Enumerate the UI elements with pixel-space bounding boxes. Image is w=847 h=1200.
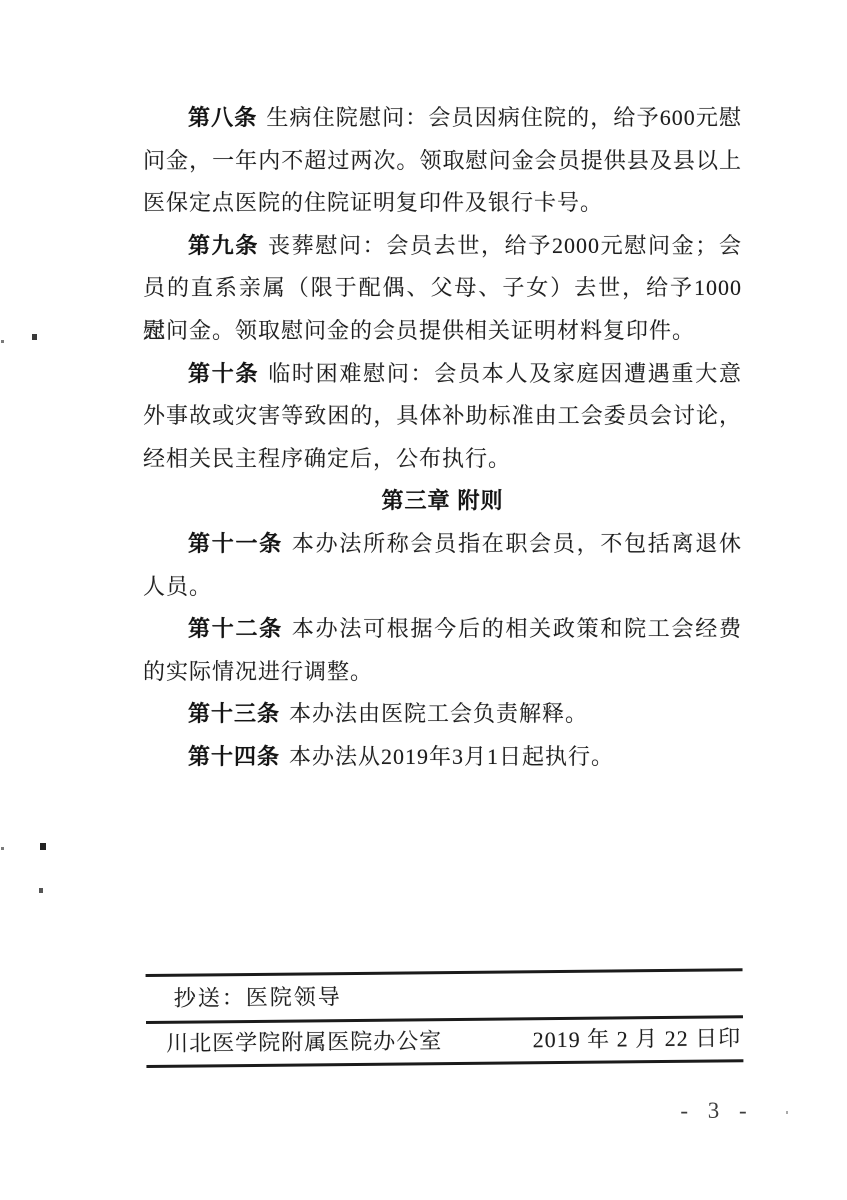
body-line: 外事故或灾害等致困的，具体补助标准由工会委员会讨论， bbox=[143, 395, 742, 438]
body-line: 第十三条本办法由医院工会负责解释。 bbox=[143, 693, 742, 736]
body-line: 第十一条本办法所称会员指在职会员，不包括离退休 bbox=[143, 523, 742, 566]
body-line-text: 临时困难慰问：会员本人及家庭因遭遇重大意 bbox=[268, 361, 742, 386]
body-line-text: 本办法从2019年3月1日起执行。 bbox=[289, 744, 614, 769]
body-line: 第十条临时困难慰问：会员本人及家庭因遭遇重大意 bbox=[143, 353, 742, 396]
body-line: 第八条生病住院慰问：会员因病住院的，给予600元慰 bbox=[143, 97, 742, 140]
body-line-text: 丧葬慰问：会员去世，给予2000元慰问金；会 bbox=[268, 233, 742, 258]
body-line: 医保定点医院的住院证明复印件及银行卡号。 bbox=[143, 182, 742, 225]
scan-speck bbox=[40, 843, 46, 850]
body-line-text: 慰问金。领取慰问金的会员提供相关证明材料复印件。 bbox=[143, 318, 695, 343]
article-number-label: 第十四条 bbox=[188, 744, 280, 769]
article-number-label: 第十条 bbox=[188, 361, 259, 386]
chapter-heading: 第三章 附则 bbox=[143, 480, 742, 523]
body-line: 慰问金。领取慰问金的会员提供相关证明材料复印件。 bbox=[143, 310, 742, 353]
page-number: - 3 - bbox=[674, 1098, 760, 1124]
body-line-text: 本办法可根据今后的相关政策和院工会经费 bbox=[292, 616, 742, 641]
article-number-label: 第八条 bbox=[188, 105, 257, 130]
body-line-text: 的实际情况进行调整。 bbox=[143, 659, 373, 684]
body-line-text: 问金，一年内不超过两次。领取慰问金会员提供县及县以上 bbox=[143, 148, 742, 173]
article-number-label: 第十三条 bbox=[188, 701, 280, 726]
body-line: 的实际情况进行调整。 bbox=[143, 651, 742, 694]
body-line-text: 医保定点医院的住院证明复印件及银行卡号。 bbox=[143, 190, 603, 215]
body-line-text: 人员。 bbox=[143, 574, 212, 599]
body-line: 员的直系亲属（限于配偶、父母、子女）去世，给予1000元 bbox=[143, 267, 742, 310]
issuer-row: 川北医学院附属医院办公室 2019 年 2 月 22 日印 bbox=[146, 1018, 743, 1065]
body-line-text: 本办法所称会员指在职会员，不包括离退休 bbox=[292, 531, 742, 556]
body-line-text: 生病住院慰问：会员因病住院的，给予600元慰 bbox=[266, 105, 742, 130]
body-line: 第九条丧葬慰问：会员去世，给予2000元慰问金；会 bbox=[143, 225, 742, 268]
body-line: 第十二条本办法可根据今后的相关政策和院工会经费 bbox=[143, 608, 742, 651]
body-line-text: 经相关民主程序确定后，公布执行。 bbox=[143, 446, 511, 471]
scan-speck bbox=[1, 340, 4, 343]
body-line-text: 本办法由医院工会负责解释。 bbox=[289, 701, 588, 726]
scan-speck bbox=[32, 334, 37, 340]
cc-line: 抄送：医院领导 bbox=[146, 971, 743, 1021]
body-line-text: 外事故或灾害等致困的，具体补助标准由工会委员会讨论， bbox=[143, 403, 742, 428]
issuer-name: 川北医学院附属医院办公室 bbox=[166, 1029, 442, 1056]
scan-speck bbox=[1, 847, 4, 850]
body-line: 第十四条本办法从2019年3月1日起执行。 bbox=[143, 736, 742, 779]
document-footer: 抄送：医院领导 川北医学院附属医院办公室 2019 年 2 月 22 日印 bbox=[146, 968, 744, 1068]
article-number-label: 第十二条 bbox=[188, 616, 283, 641]
body-line: 人员。 bbox=[143, 566, 742, 609]
print-date: 2019 年 2 月 22 日印 bbox=[533, 1026, 742, 1052]
scan-speck bbox=[786, 1111, 788, 1114]
body-line: 问金，一年内不超过两次。领取慰问金会员提供县及县以上 bbox=[143, 140, 742, 183]
article-number-label: 第十一条 bbox=[188, 531, 283, 556]
article-number-label: 第九条 bbox=[188, 233, 259, 258]
scanned-document-page: 第八条生病住院慰问：会员因病住院的，给予600元慰问金，一年内不超过两次。领取慰… bbox=[0, 0, 847, 1200]
document-body: 第八条生病住院慰问：会员因病住院的，给予600元慰问金，一年内不超过两次。领取慰… bbox=[143, 97, 742, 779]
scan-speck bbox=[39, 888, 43, 893]
body-line: 经相关民主程序确定后，公布执行。 bbox=[143, 438, 742, 481]
